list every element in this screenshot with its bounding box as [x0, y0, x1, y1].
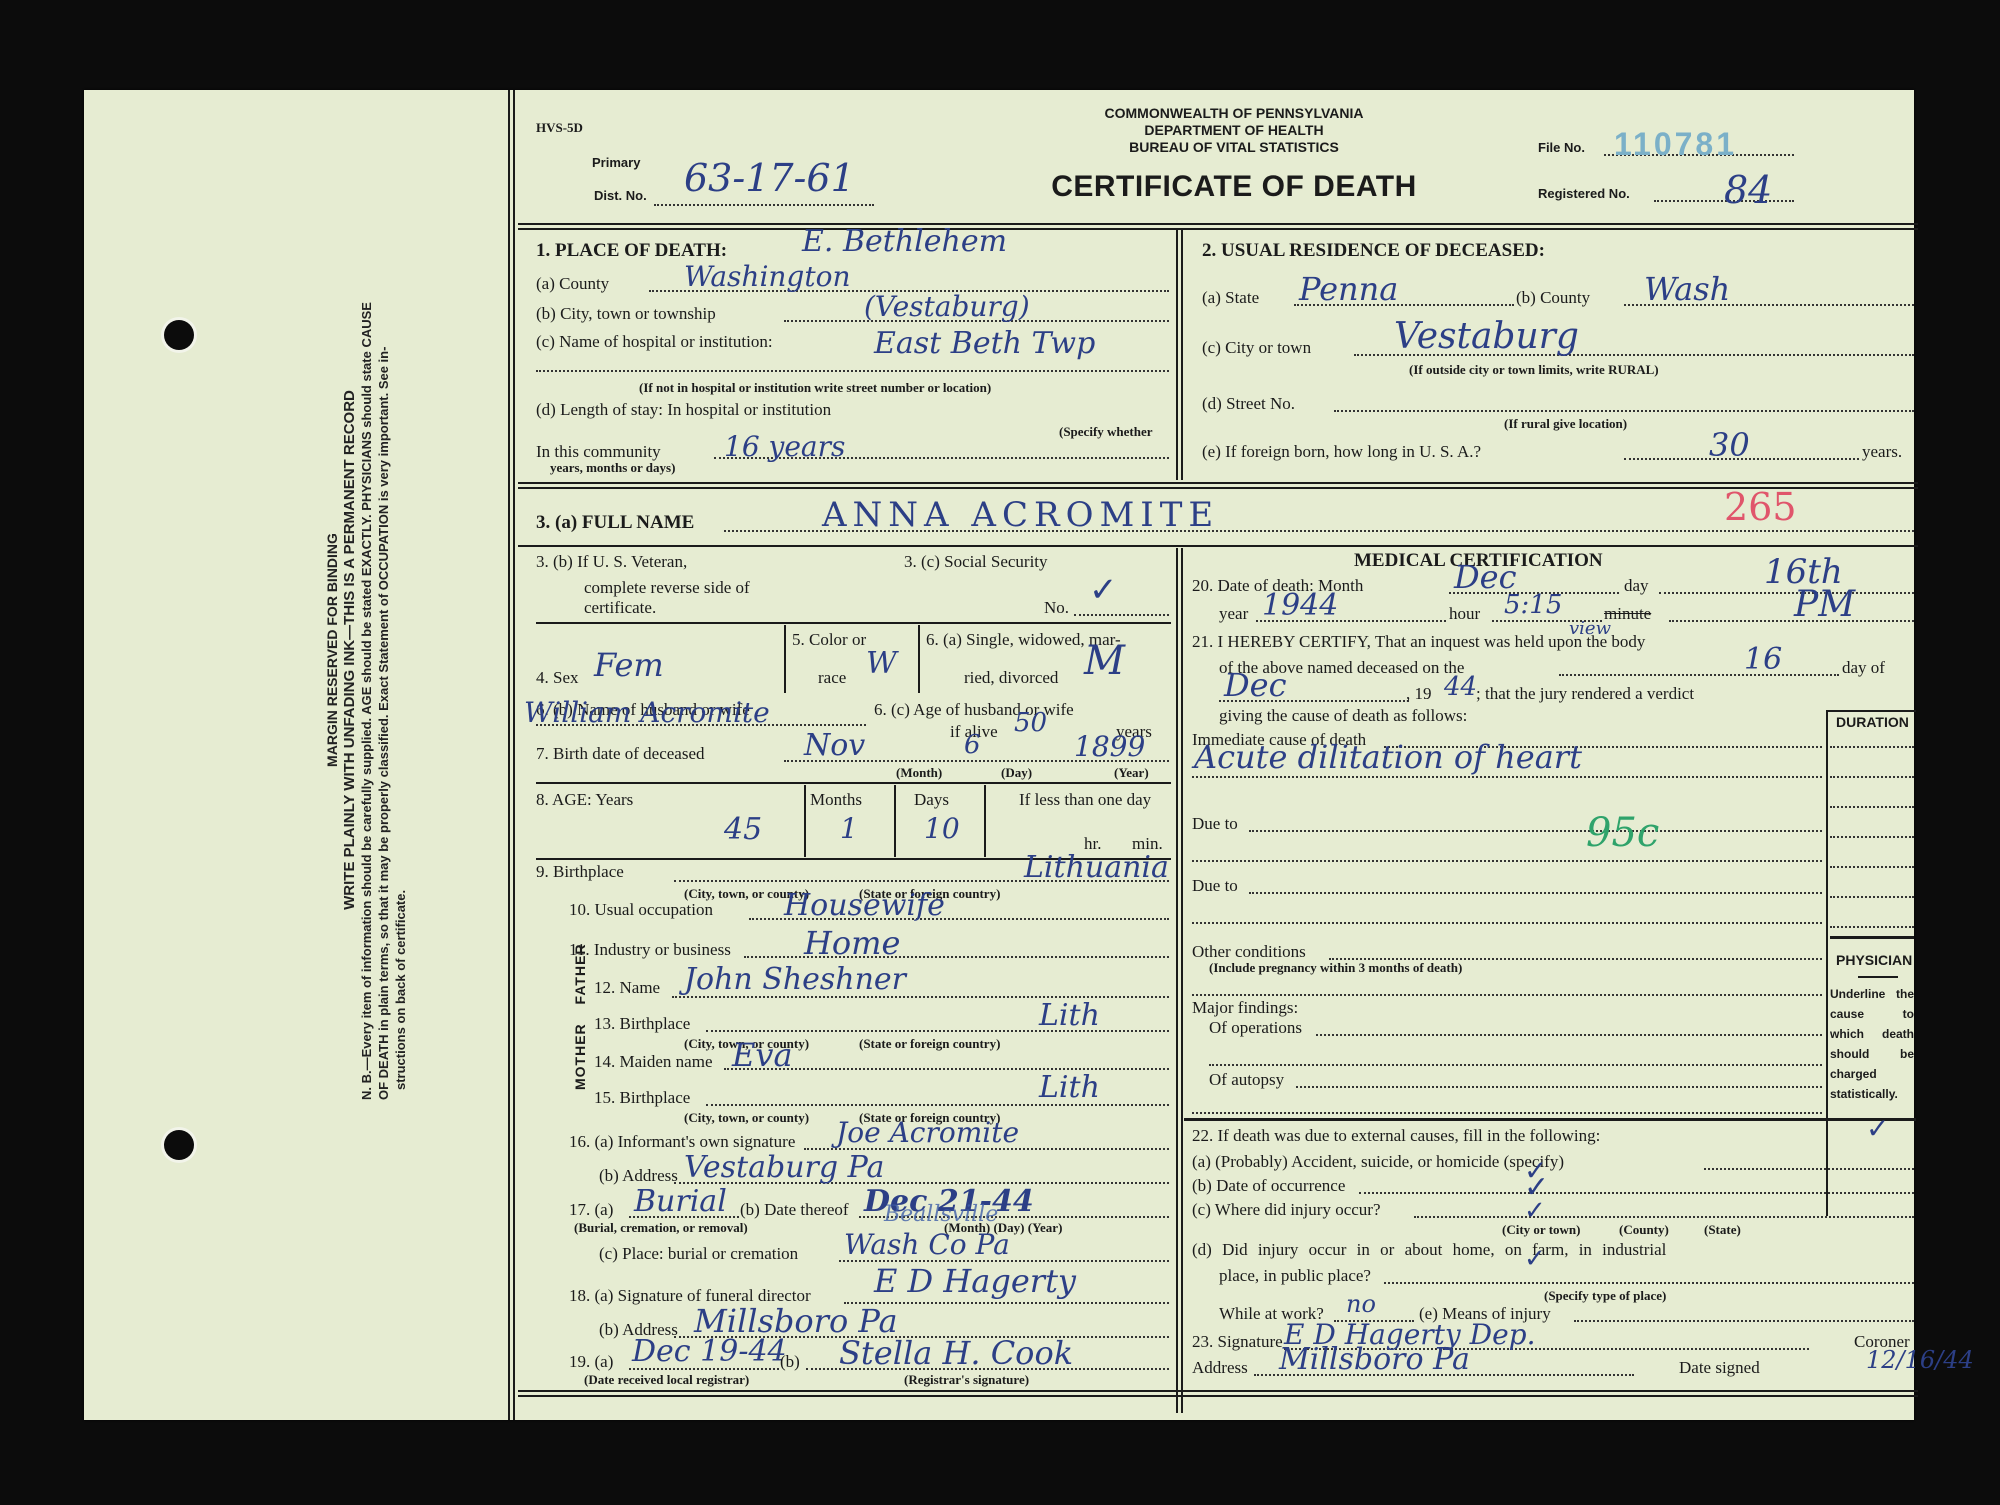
registrar-date-value[interactable]: Dec 19-44	[632, 1334, 787, 1369]
res-county-value[interactable]: Wash	[1644, 270, 1730, 308]
external-a-label: (a) (Probably) Accident, suicide, or hom…	[1192, 1152, 1564, 1172]
age-years-label: 8. AGE: Years	[536, 790, 633, 810]
less-than-day-label: If less than one day	[1019, 790, 1151, 810]
agency-line-3: BUREAU OF VITAL STATISTICS	[984, 139, 1484, 156]
margin-line-4: OF DEATH in plain terms, so that it may …	[375, 200, 392, 1100]
mother-maiden-label: 14. Maiden name	[594, 1052, 713, 1072]
external-d-note: (Specify type of place)	[1544, 1288, 1666, 1304]
funeral-director-value[interactable]: E D Hagerty	[874, 1262, 1076, 1300]
immediate-cause-value[interactable]: Acute dilitation of heart	[1194, 738, 1582, 776]
page-title: CERTIFICATE OF DEATH	[984, 170, 1484, 204]
external-check-icon: ✓	[1866, 1112, 1889, 1145]
mother-birthplace-value[interactable]: Lith	[1039, 1070, 1100, 1105]
form-code: HVS-5D	[536, 120, 583, 136]
registered-value: 84	[1724, 168, 1772, 212]
external-d-label-2: place, in public place?	[1219, 1266, 1371, 1286]
disposition-date-label: (b) Date thereof	[740, 1200, 849, 1220]
hospital-note: (If not in hospital or institution write…	[639, 380, 991, 396]
father-state-note: (State or foreign country)	[859, 1036, 1000, 1052]
external-d-label: (d) Did injury occur in or about home, o…	[1192, 1240, 1666, 1260]
county-label: (a) County	[536, 274, 609, 294]
veteran-label-2: complete reverse side of	[584, 578, 750, 598]
operations-label: Of operations	[1209, 1018, 1302, 1038]
father-name-label: 12. Name	[594, 978, 660, 998]
death-hour-label: hour	[1449, 604, 1480, 624]
due-to-2-label: Due to	[1192, 876, 1238, 896]
coroner-sig-label: 23. Signature	[1192, 1332, 1283, 1352]
birth-year-note: (Year)	[1114, 765, 1149, 781]
primary-label: Primary	[592, 155, 640, 170]
external-county-note: (County)	[1619, 1222, 1669, 1238]
full-name-label: 3. (a) FULL NAME	[536, 512, 694, 534]
certify-month-value[interactable]: Dec	[1224, 666, 1287, 704]
res-city-note: (If outside city or town limits, write R…	[1409, 362, 1659, 378]
informant-addr-value[interactable]: Vestaburg Pa	[684, 1150, 884, 1185]
birth-month-value[interactable]: Nov	[804, 728, 865, 763]
stay-note: (Specify whether	[1059, 424, 1153, 440]
major-findings-label: Major findings:	[1192, 998, 1298, 1018]
coroner-addr-label: Address	[1192, 1358, 1248, 1378]
dist-value: 63-17-61	[684, 156, 855, 200]
date-signed-label: Date signed	[1679, 1358, 1760, 1378]
res-city-label: (c) City or town	[1202, 338, 1311, 358]
other-conditions-label: Other conditions	[1192, 942, 1306, 962]
registrar-sig-label: (b)	[780, 1352, 800, 1372]
ss-no-label: No.	[1044, 598, 1069, 618]
file-label: File No.	[1538, 140, 1585, 155]
death-day-label: day	[1624, 576, 1649, 596]
certify-line-3: ; that the jury rendered a verdict	[1476, 684, 1694, 704]
margin-line-1: MARGIN RESERVED FOR BINDING	[324, 200, 341, 1100]
foreign-unit: years.	[1862, 442, 1902, 462]
while-at-work-value[interactable]: no	[1346, 1290, 1376, 1318]
margin-line-2: WRITE PLAINLY WITH UNFADING INK—THIS IS …	[341, 200, 358, 1100]
physician-note: Underline the cause to which death shoul…	[1830, 984, 1914, 1104]
certify-day-suffix: day of	[1842, 658, 1885, 678]
date-signed-value[interactable]: 12/16/44	[1866, 1346, 1974, 1374]
external-b-label: (b) Date of occurrence	[1192, 1176, 1345, 1196]
mother-birthplace-label: 15. Birthplace	[594, 1088, 690, 1108]
spouse-age-value[interactable]: 50	[1014, 708, 1047, 738]
mother-city-note: (City, town, or county)	[684, 1110, 809, 1126]
death-year-label: year	[1219, 604, 1248, 624]
certify-line-4: giving the cause of death as follows:	[1219, 706, 1467, 726]
spouse-value[interactable]: William Acromite	[524, 696, 770, 729]
father-tag: FATHER	[572, 943, 588, 1004]
registered-label: Registered No.	[1538, 186, 1630, 201]
color-label: 5. Color or	[792, 630, 866, 650]
age-days-value[interactable]: 10	[924, 812, 960, 845]
place-of-death-heading: 1. PLACE OF DEATH:	[536, 240, 727, 262]
occupation-label: 10. Usual occupation	[569, 900, 713, 920]
age-years-value[interactable]: 45	[724, 812, 762, 847]
death-ampm-value[interactable]: PM	[1794, 584, 1855, 625]
birth-year-value[interactable]: 1899	[1074, 730, 1145, 763]
margin-instructions: MARGIN RESERVED FOR BINDING WRITE PLAINL…	[324, 200, 554, 1100]
informant-addr-label: (b) Address	[599, 1166, 678, 1186]
registrar-sig-value[interactable]: Stella H. Cook	[839, 1334, 1073, 1372]
external-heading: 22. If death was due to external causes,…	[1192, 1126, 1600, 1146]
agency-block: COMMONWEALTH OF PENNSYLVANIA DEPARTMENT …	[984, 105, 1484, 156]
burial-place-label: (c) Place: burial or cremation	[599, 1244, 798, 1264]
county-value[interactable]: Washington	[684, 260, 851, 293]
marital-value[interactable]: M	[1084, 638, 1125, 684]
birth-day-value[interactable]: 6	[964, 730, 981, 760]
dist-label: Dist. No.	[594, 188, 647, 203]
veteran-label-3: certificate.	[584, 598, 656, 618]
certify-day-value[interactable]: 16	[1744, 642, 1782, 677]
certify-insert: view	[1569, 618, 1611, 639]
birthplace-label: 9. Birthplace	[536, 862, 624, 882]
margin-line-3: N. B.—Every item of information should b…	[358, 200, 375, 1100]
file-number-stamp: 110781	[1614, 126, 1737, 163]
sex-value[interactable]: Fem	[594, 646, 664, 684]
age-days-label: Days	[914, 790, 949, 810]
father-birthplace-value[interactable]: Lith	[1039, 998, 1100, 1033]
physician-label: PHYSICIAN	[1836, 952, 1912, 968]
disposition-label: 17. (a)	[569, 1200, 613, 1220]
external-state-note: (State)	[1704, 1222, 1741, 1238]
age-months-label: Months	[810, 790, 862, 810]
residence-heading: 2. USUAL RESIDENCE OF DECEASED:	[1202, 240, 1545, 262]
res-city-value[interactable]: Vestaburg	[1394, 316, 1579, 357]
birth-date-label: 7. Birth date of deceased	[536, 744, 705, 764]
registrar-date-note: (Date received local registrar)	[584, 1372, 749, 1388]
informant-sig-label: 16. (a) Informant's own signature	[569, 1132, 795, 1152]
mother-tag: MOTHER	[572, 1023, 588, 1090]
foreign-value[interactable]: 30	[1709, 426, 1750, 464]
disposition-note: (Burial, cremation, or removal)	[574, 1220, 748, 1236]
stay-label: (d) Length of stay: In hospital or insti…	[536, 400, 831, 420]
city-value[interactable]: (Vestaburg)	[864, 290, 1030, 323]
external-city-note: (City or town)	[1502, 1222, 1580, 1238]
registrar-date-label: 19. (a)	[569, 1352, 613, 1372]
burial-place-value[interactable]: Wash Co Pa	[844, 1228, 1010, 1261]
hospital-label: (c) Name of hospital or institution:	[536, 332, 773, 352]
other-conditions-note: (Include pregnancy within 3 months of de…	[1209, 960, 1462, 976]
due-to-1-label: Due to	[1192, 814, 1238, 834]
industry-value[interactable]: Home	[804, 924, 900, 962]
punch-hole	[164, 1130, 194, 1160]
street-label: (d) Street No.	[1202, 394, 1295, 414]
race-value[interactable]: W	[866, 646, 897, 681]
state-label: (a) State	[1202, 288, 1259, 308]
red-annotation: 265	[1724, 485, 1797, 529]
birth-month-note: (Month)	[896, 765, 942, 781]
death-minute-label: minute	[1604, 604, 1651, 624]
community-label: In this community	[536, 442, 661, 462]
community-note: years, months or days)	[550, 460, 675, 476]
external-c-label: (c) Where did injury occur?	[1192, 1200, 1381, 1220]
external-d-check-icon: ✓	[1524, 1244, 1546, 1274]
race-label: race	[818, 668, 846, 688]
informant-sig-value[interactable]: Joe Acromite	[836, 1116, 1019, 1149]
binding-rule	[508, 90, 515, 1420]
classification-code: 95c	[1586, 810, 1659, 856]
parents-tag: MOTHER FATHER	[572, 930, 588, 1090]
death-hour-value[interactable]: 5:15	[1504, 590, 1562, 620]
punch-hole	[164, 320, 194, 350]
certify-year-prefix: , 19	[1406, 684, 1432, 704]
father-name-value[interactable]: John Sheshner	[684, 962, 906, 997]
city-label: (b) City, town or township	[536, 304, 716, 324]
res-county-label: (b) County	[1516, 288, 1590, 308]
place-of-death-value: E. Bethlehem	[802, 224, 1007, 259]
duration-label: DURATION	[1836, 714, 1909, 730]
street-note: (If rural give location)	[1504, 416, 1627, 432]
autopsy-label: Of autopsy	[1209, 1070, 1284, 1090]
agency-line-2: DEPARTMENT OF HEALTH	[984, 122, 1484, 139]
full-name-value[interactable]: ANNA ACROMITE	[822, 495, 1219, 535]
certify-year-value[interactable]: 44	[1444, 672, 1477, 702]
disposition-extra-note: Beallsville	[884, 1202, 998, 1227]
occupation-value[interactable]: Housewife	[784, 888, 945, 923]
death-certificate: MARGIN RESERVED FOR BINDING WRITE PLAINL…	[84, 90, 1914, 1420]
sex-label: 4. Sex	[536, 668, 579, 688]
birthplace-value[interactable]: Lithuania	[1024, 850, 1169, 885]
birth-day-note: (Day)	[1001, 765, 1032, 781]
agency-line-1: COMMONWEALTH OF PENNSYLVANIA	[984, 105, 1484, 122]
foreign-label: (e) If foreign born, how long in U. S. A…	[1202, 442, 1481, 462]
death-year-value[interactable]: 1944	[1262, 588, 1338, 623]
hospital-value[interactable]: East Beth Twp	[874, 326, 1095, 361]
industry-label: 11. Industry or business	[569, 940, 731, 960]
state-value[interactable]: Penna	[1299, 270, 1398, 308]
mother-maiden-value[interactable]: Eva	[732, 1036, 793, 1074]
margin-line-5: structions on back of certificate.	[392, 200, 409, 1100]
age-months-value[interactable]: 1	[840, 812, 858, 845]
coroner-addr-value[interactable]: Millsboro Pa	[1279, 1342, 1470, 1377]
father-birthplace-label: 13. Birthplace	[594, 1014, 690, 1034]
veteran-label: 3. (b) If U. S. Veteran,	[536, 552, 687, 572]
marital-label-2: ried, divorced	[964, 668, 1058, 688]
ss-check-icon: ✓	[1089, 570, 1118, 610]
community-value[interactable]: 16 years	[724, 430, 845, 463]
registrar-sig-note: (Registrar's signature)	[904, 1372, 1029, 1388]
disposition-value[interactable]: Burial	[634, 1184, 727, 1219]
ss-label: 3. (c) Social Security	[904, 552, 1048, 572]
